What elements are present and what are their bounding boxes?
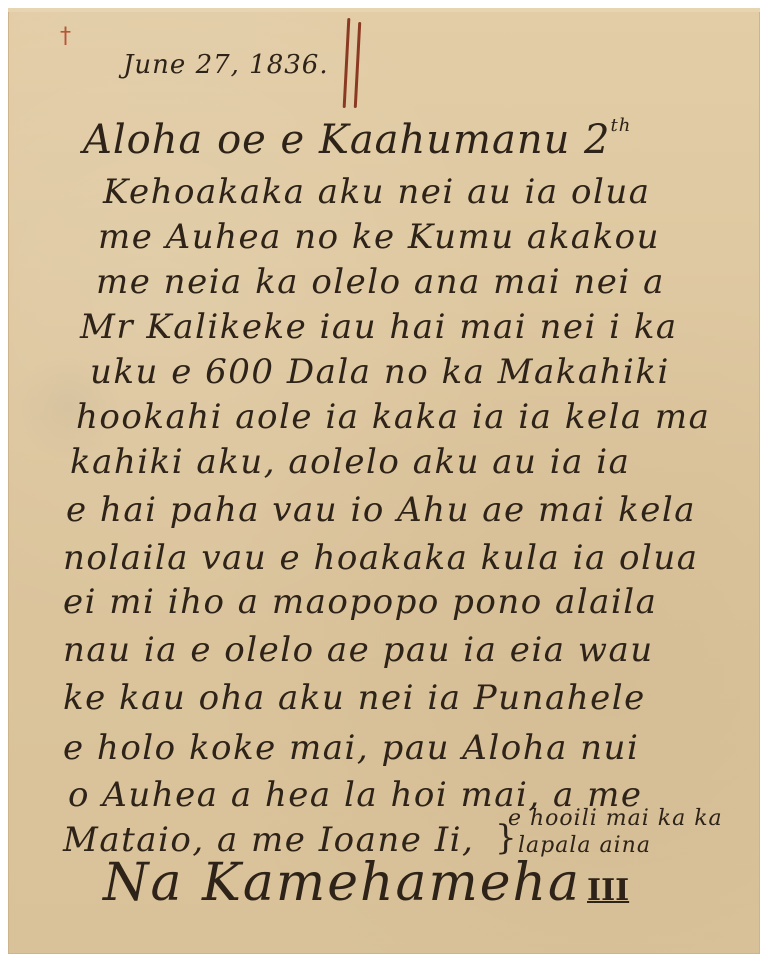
signature-name: Na Kamehameha [103, 853, 581, 913]
body-line-11: nau ia e olelo ae pau ia eia wau [63, 630, 654, 670]
body-line-6: hookahi aole ia kaka ia ia kela ma [76, 397, 710, 437]
body-line-8: e hai paha vau io Ahu ae mai kela [66, 490, 696, 530]
body-line-2: me Auhea no ke Kumu akakou [98, 217, 660, 257]
body-line-4: Mr Kalikeke iau hai mai nei i ka [80, 307, 678, 347]
paper-top-edge [8, 8, 760, 12]
greeting-text: Aloha oe e Kaahumanu 2 [83, 117, 611, 163]
marginal-annotation: e hooili mai ka ka lapala aina [508, 805, 723, 859]
corner-red-mark: † [60, 26, 78, 60]
signature: Na KamehamehaIII [103, 853, 629, 913]
greeting-superscript: th [611, 115, 632, 136]
red-bar-right [354, 22, 362, 108]
body-line-13: e holo koke mai, pau Aloha nui [63, 728, 639, 768]
body-line-3: me neia ka olelo ana mai nei a [96, 262, 665, 302]
body-line-10: ei mi iho a maopopo pono alaila [63, 582, 657, 622]
red-bar-left [343, 18, 351, 108]
letter-date: June 27, 1836. [123, 50, 329, 80]
signature-regnal-numeral: III [587, 873, 629, 908]
body-line-7: kahiki aku, aolelo aku au ia ia [70, 442, 630, 482]
letter-paper: † June 27, 1836. Aloha oe e Kaahumanu 2t… [8, 10, 760, 954]
letter-greeting: Aloha oe e Kaahumanu 2th [83, 115, 631, 163]
body-line-9: nolaila vau e hoakaka kula ia olua [63, 538, 699, 578]
body-line-1: Kehoakaka aku nei au ia olua [103, 172, 651, 212]
annotation-line-1: e hooili mai ka ka [508, 805, 723, 832]
body-line-12: ke kau oha aku nei ia Punahele [63, 678, 646, 718]
body-line-5: uku e 600 Dala no ka Makahiki [90, 352, 670, 392]
double-bar-red-mark [341, 18, 367, 110]
